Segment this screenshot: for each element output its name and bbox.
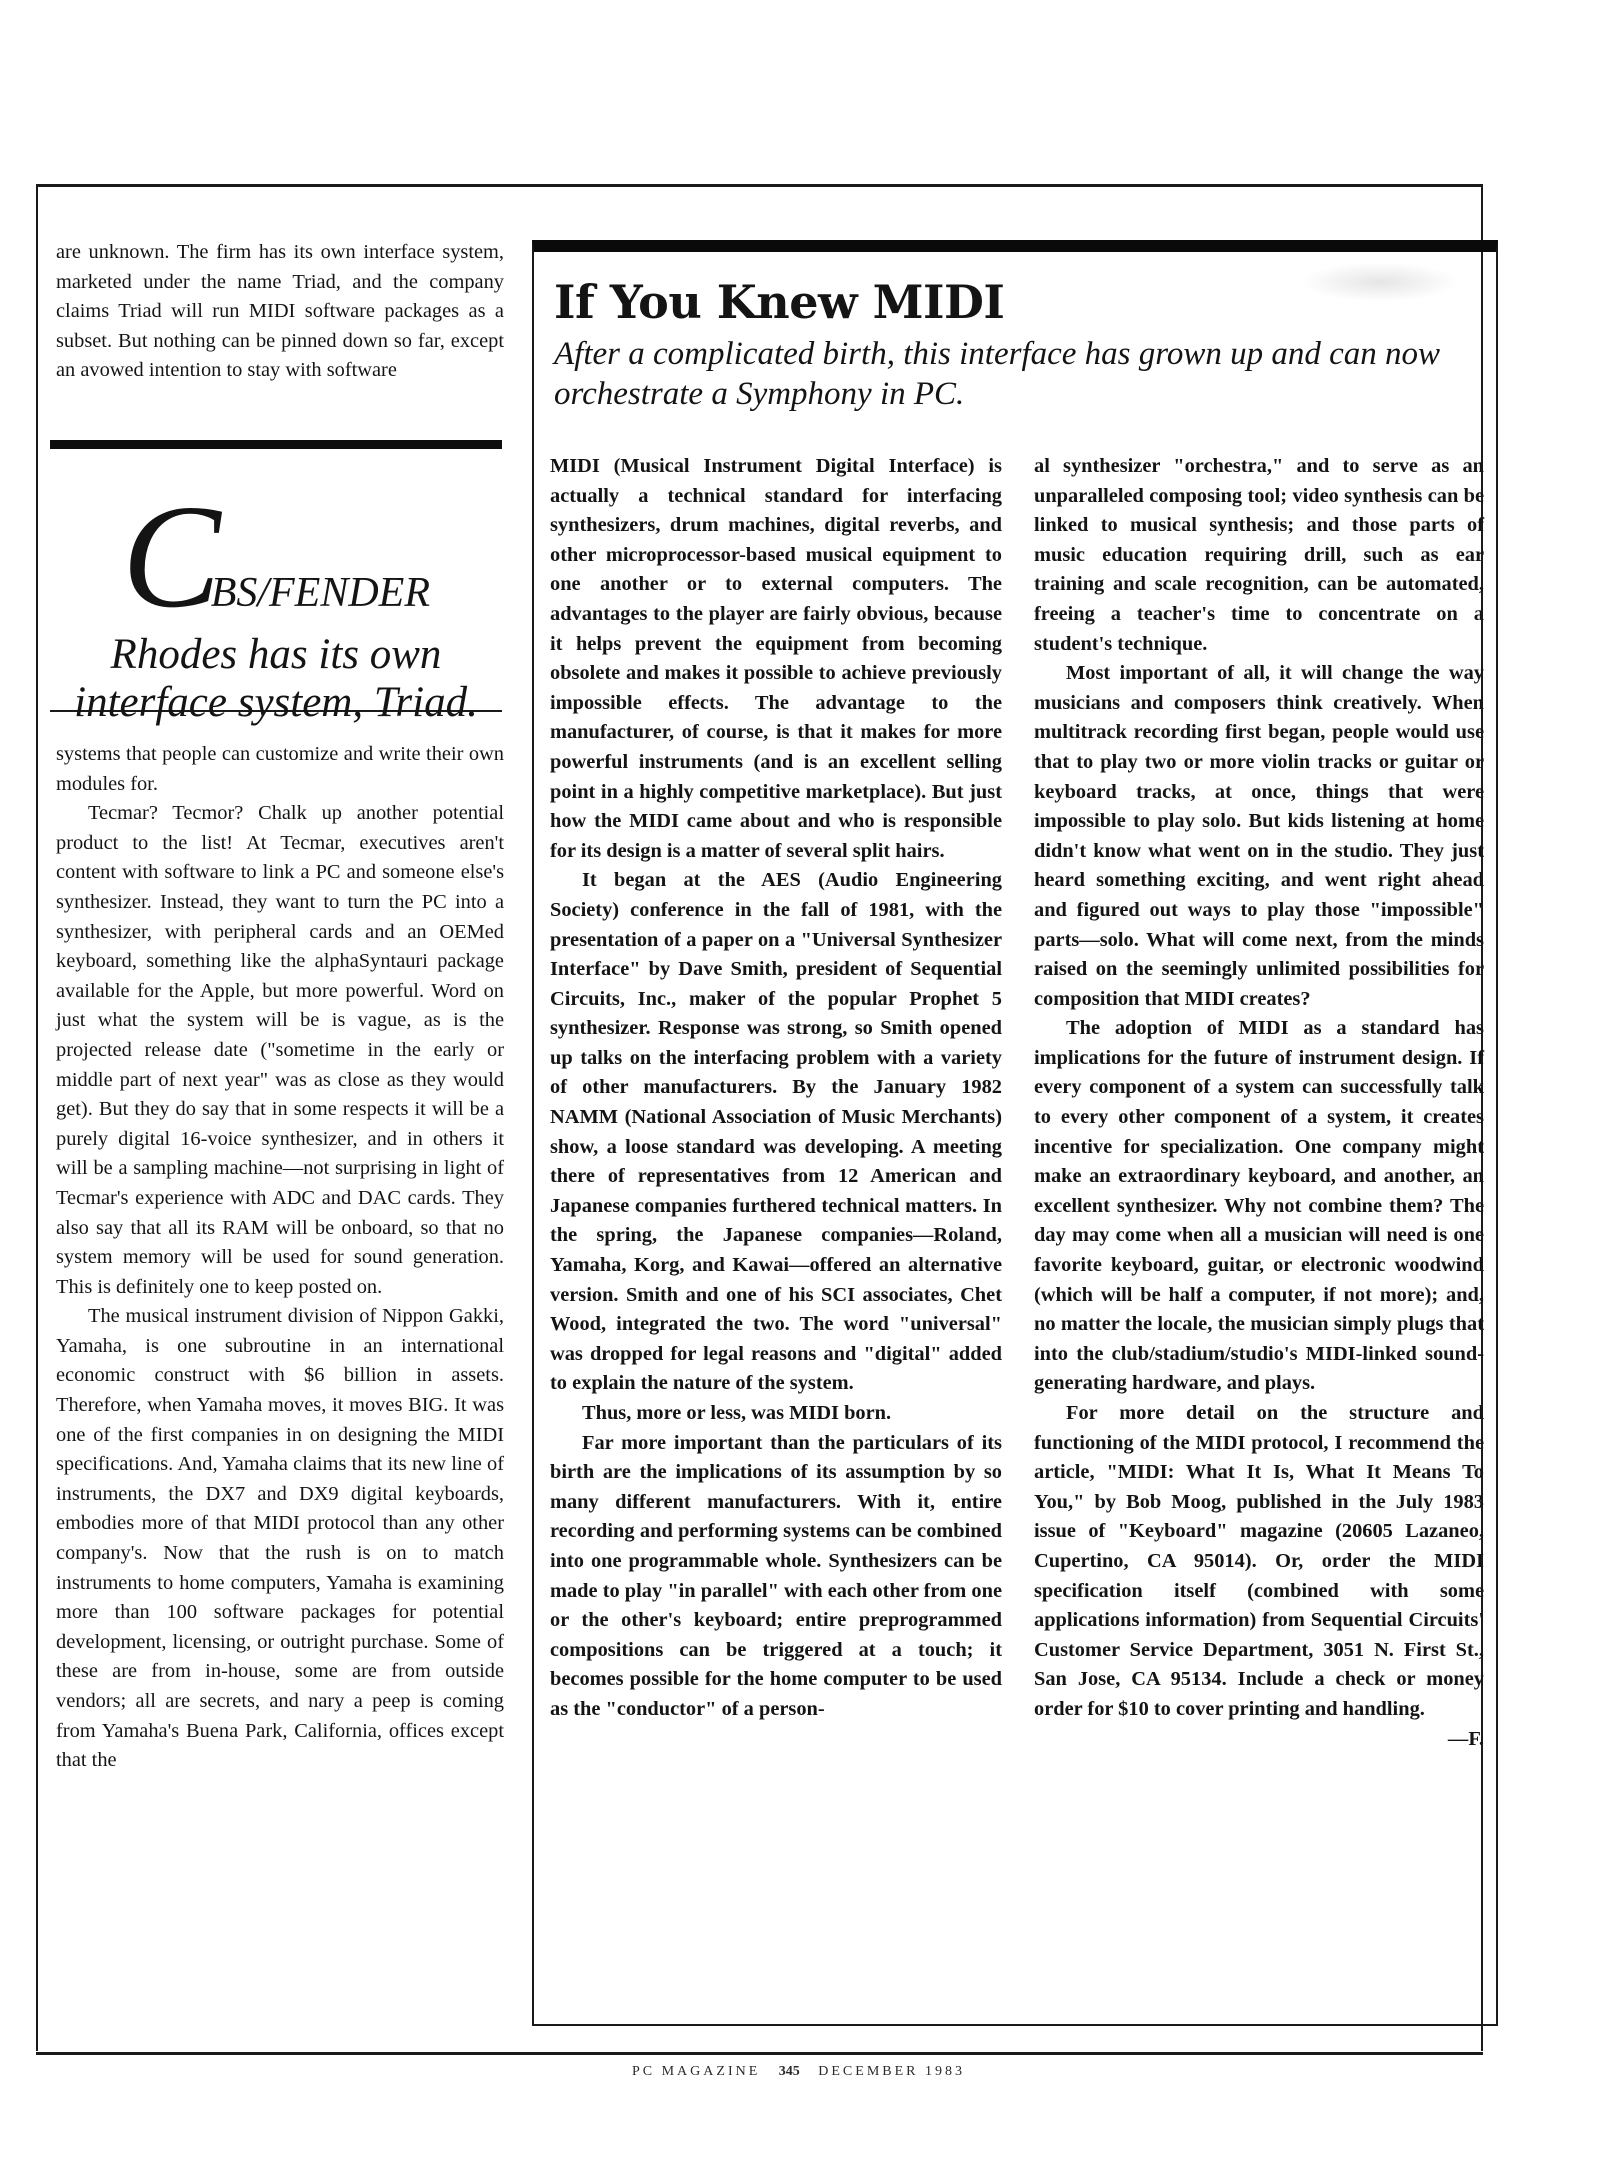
pull-quote-drop-cap: C: [122, 475, 211, 639]
left-column-top: are unknown. The firm has its own interf…: [56, 238, 504, 386]
left-column-body: systems that people can customize and wr…: [56, 740, 504, 1776]
sidebar-deck: After a complicated birth, this interfac…: [554, 334, 1454, 414]
footer-publication: PC MAGAZINE: [632, 2064, 760, 2079]
pull-quote-first-line-rest: BS/FENDER: [211, 570, 430, 616]
sidebar-column-2: al synthesizer "orchestra," and to serve…: [1034, 452, 1484, 1754]
sidebar-paragraph: The adoption of MIDI as a standard has i…: [1034, 1014, 1484, 1399]
sidebar-paragraph: For more detail on the structure and fun…: [1034, 1399, 1484, 1725]
pull-quote: CBS/FENDER Rhodes has its own interface …: [50, 440, 502, 712]
author-signature: —F.: [1416, 1725, 1484, 1755]
sidebar-paragraph: MIDI (Musical Instrument Digital Interfa…: [550, 452, 1002, 866]
pull-quote-line-3: interface system, Triad.: [50, 679, 502, 727]
footer-issue-date: DECEMBER 1983: [818, 2064, 965, 2079]
sidebar-paragraph: Most important of all, it will change th…: [1034, 659, 1484, 1014]
page-footer: PC MAGAZINE 345 DECEMBER 1983: [0, 2064, 1597, 2080]
bottom-rule: [36, 2052, 1483, 2055]
sidebar-closing-text: For more detail on the structure and fun…: [1034, 1402, 1484, 1720]
left-paragraph: Tecmar? Tecmor? Chalk up another potenti…: [56, 799, 504, 1302]
left-top-paragraph: are unknown. The firm has its own interf…: [56, 238, 504, 386]
sidebar-paragraph: Thus, more or less, was MIDI born.: [550, 1399, 1002, 1429]
pull-quote-first-line: CBS/FENDER: [50, 483, 502, 631]
left-paragraph: The musical instrument division of Nippo…: [56, 1302, 504, 1776]
sidebar-paragraph: al synthesizer "orchestra," and to serve…: [1034, 452, 1484, 659]
pull-quote-line-2: Rhodes has its own: [50, 631, 502, 679]
sidebar-title: If You Knew MIDI: [554, 274, 1004, 330]
sidebar-paragraph: Far more important than the particulars …: [550, 1429, 1002, 1725]
footer-page-number: 345: [779, 2064, 800, 2079]
left-paragraph: systems that people can customize and wr…: [56, 740, 504, 799]
sidebar-paragraph: It began at the AES (Audio Engineering S…: [550, 866, 1002, 1399]
print-smudge: [1300, 262, 1460, 302]
sidebar-column-1: MIDI (Musical Instrument Digital Interfa…: [550, 452, 1002, 1725]
